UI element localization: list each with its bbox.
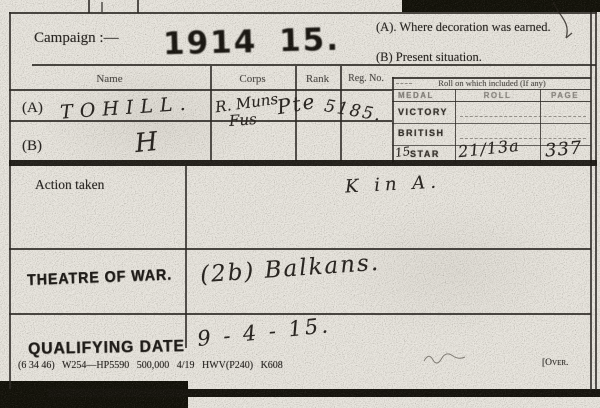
medal-index-card: Campaign :— 1914 15. (A). Where decorati… (0, 0, 600, 408)
corps-value-line2: Fus (228, 110, 257, 130)
rank-value: Pte (275, 89, 318, 119)
scan-artifact-notch (137, 0, 139, 13)
roll-row-line-1 (392, 123, 591, 124)
theatre-of-war-value: (2b) Balkans. (199, 250, 381, 289)
roll-col-page: PAGE (540, 91, 590, 100)
qualifying-date-label: QUALIFYING DATE (28, 337, 185, 359)
label-column-line (185, 166, 187, 348)
thick-section-divider (9, 160, 597, 166)
roll-row-victory: VICTORY (398, 107, 448, 117)
star-roll-number: 21/13a (457, 136, 520, 161)
col-header-corps: Corps (210, 73, 295, 85)
card-border-left (9, 12, 11, 389)
roll-row-british: BRITISH (398, 128, 445, 138)
qualifying-date-value: 9 - 4 - 15. (196, 313, 332, 351)
soldier-name: TOHILL. (59, 92, 193, 123)
stray-pen-mark (545, 0, 585, 45)
action-note-handwritten: K in A. (345, 172, 442, 198)
roll-col-line-2 (540, 89, 541, 163)
roll-col-roll: ROLL (455, 91, 540, 100)
over-note: [Over. (542, 358, 568, 368)
star-prefix-handwritten: 15 (394, 144, 411, 160)
roll-col-line-1 (455, 89, 456, 163)
roll-dashed-rule (460, 116, 586, 117)
form-print-code: (6 34 46) W254—HP5590 500,000 4/19 HWV(P… (18, 360, 283, 371)
col-header-rank: Rank (295, 73, 340, 85)
action-taken-label: Action taken (35, 177, 104, 193)
col-header-reg-no: Reg. No. (340, 73, 392, 84)
table-header-underline (9, 89, 392, 91)
stray-pen-squiggle (422, 350, 482, 366)
scan-artifact-notch (88, 0, 90, 13)
action-section-underline (9, 248, 591, 250)
roll-title-underline (392, 89, 591, 90)
forename-initial: H (133, 127, 159, 159)
legend-b: (B) Present situation. (376, 50, 482, 65)
card-border-right-inner (590, 12, 592, 390)
theatre-of-war-label: THEATRE OF WAR. (27, 267, 173, 290)
card-border-top (9, 12, 597, 14)
col-header-name: Name (9, 73, 210, 85)
star-page-number: 337 (544, 137, 583, 161)
scan-artifact-mark (101, 2, 103, 12)
card-border-right-outer (595, 12, 597, 390)
row-b-label: (B) (22, 138, 42, 155)
roll-row-star: STAR (410, 149, 440, 159)
scan-edge-band-bottom (48, 389, 600, 397)
roll-subheader-underline (392, 101, 591, 102)
campaign-label: Campaign :— (34, 30, 119, 47)
theatre-section-underline (9, 313, 591, 315)
roll-col-medal: MEDAL (398, 91, 434, 100)
campaign-underline (32, 64, 596, 66)
row-a-label: (A) (22, 100, 43, 117)
legend-a: (A). Where decoration was earned. (376, 20, 551, 35)
roll-table-title: Roll on which included (If any) (394, 78, 590, 88)
campaign-stamp: 1914 15. (163, 22, 341, 63)
